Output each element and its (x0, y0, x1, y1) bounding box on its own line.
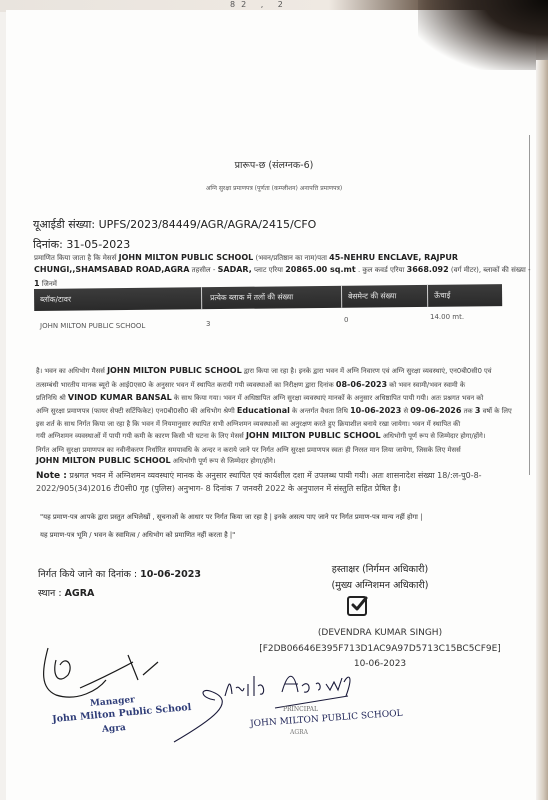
body-line-6: गयी अग्निशमन व्यवस्थाओं में पायी गयी कमी… (36, 431, 485, 440)
cell-height: 14.00 mt. (430, 313, 464, 321)
principal-signature-icon (170, 666, 360, 746)
blocks-count: 1 (34, 279, 40, 288)
officer-name: (DEVENDRA KUMAR SINGH) (270, 628, 490, 638)
body-line-1: है। भवन का अधिभोग मैसर्स JOHN MILTON PUB… (36, 366, 492, 375)
principal-stamp-title: PRINCIPAL (283, 706, 318, 713)
checkbox-check-icon (347, 596, 367, 616)
body-line-2: तत्सम्बंधी भारतीय मानक ब्यूरो के आई0एस0 … (36, 380, 465, 389)
covered-area: 3668.092 (407, 265, 449, 274)
cell-block: JOHN MILTON PUBLIC SCHOOL (40, 322, 145, 330)
disclaimer-line-1: "यह प्रमाण-पत्र आपके द्वारा प्रस्तुत अभि… (40, 512, 422, 521)
col-header-block: ब्लॉक/टावर (40, 295, 71, 305)
body-line-3: प्रतिनिधि श्री VINOD KUMAR BANSAL के साथ… (36, 393, 483, 402)
issue-date: निर्गत किये जाने का दिनांक : 10-06-2023 (38, 567, 201, 580)
col-header-height: ऊँचाई (434, 291, 450, 301)
issue-place: स्थान : AGRA (38, 586, 94, 599)
body-line-7: निर्गत अग्नि सुरक्षा प्रमाणपत्र का नवीनी… (36, 445, 461, 454)
disclaimer-line-2: यह प्रमाण-पत्र भूमि / भवन के स्वामित्व /… (40, 530, 235, 539)
col-header-basements: बेसमेन्ट की संख्या (348, 291, 396, 302)
intro-line-2: CHUNGI,,SHAMSABAD ROAD,AGRA तहसील - SADA… (34, 266, 531, 274)
intro-line-1: प्रमाणित किया जाता है कि मेसर्स JOHN MIL… (34, 254, 458, 262)
uid-label: यूआईडी संख्या: (33, 218, 95, 231)
scan-corner-shadow (418, 0, 548, 70)
note-line-2: 2022/905(34)2016 टी0सी0 गृह (पुलिस) अनुभ… (36, 483, 400, 494)
date-line: दिनांक: 31-05-2023 (33, 237, 130, 252)
cell-floors: 3 (206, 320, 210, 328)
plot-area: 20865.00 sq.mt (285, 265, 355, 274)
note-line-1: Note : प्रश्नगत भवन में अग्निशमन व्यवस्थ… (36, 470, 482, 481)
address-1: 45-NEHRU ENCLAVE, RAJPUR (329, 253, 458, 262)
date-label: दिनांक: (33, 238, 63, 251)
date-value: 31-05-2023 (66, 238, 130, 251)
principal-stamp-city: AGRA (290, 729, 308, 736)
form-title: प्रारूप-छ (संलग्नक-6) (0, 158, 548, 171)
school-name: JOHN MILTON PUBLIC SCHOOL (119, 253, 254, 262)
officer-designation: (मुख्य अग्निशमन अधिकारी) (270, 578, 490, 591)
intro-line-3: 1 जिनमें (34, 280, 57, 288)
manager-stamp-city: Agra (102, 723, 127, 735)
scan-right-edge (536, 60, 548, 800)
cell-basements: 0 (344, 316, 348, 324)
officer-sign-label: हस्ताक्षर (निर्गमन अधिकारी) (270, 562, 490, 575)
body-line-4: अग्नि सुरक्षा प्रमाणपत्र (फायर सेफ्टी सर… (36, 406, 512, 415)
col-header-floors: प्रत्येक ब्लाक में तलों की संख्या (210, 292, 293, 303)
note-label: Note : (36, 471, 67, 481)
scan-top-marks: 82 , 2 (230, 0, 289, 9)
address-2: CHUNGI,,SHAMSABAD ROAD,AGRA (34, 265, 189, 274)
form-subtitle: अग्नि सुरक्षा प्रमाणपत्र (पूर्णता (कम्प्… (0, 184, 548, 192)
body-line-5: इस शर्त के साथ निर्गत किया जा रहा है कि … (36, 419, 460, 428)
officer-digital-id: [F2DB06646E395F713D1AC9A97D5713C15BC5CF9… (240, 644, 520, 654)
uid-value: UPFS/2023/84449/AGR/AGRA/2415/CFO (99, 218, 317, 231)
uid-line: यूआईडी संख्या: UPFS/2023/84449/AGR/AGRA/… (33, 217, 316, 232)
body-line-8: JOHN MILTON PUBLIC SCHOOL अधिभोगी पूर्ण … (36, 456, 275, 465)
tehsil: SADAR, (218, 265, 252, 274)
